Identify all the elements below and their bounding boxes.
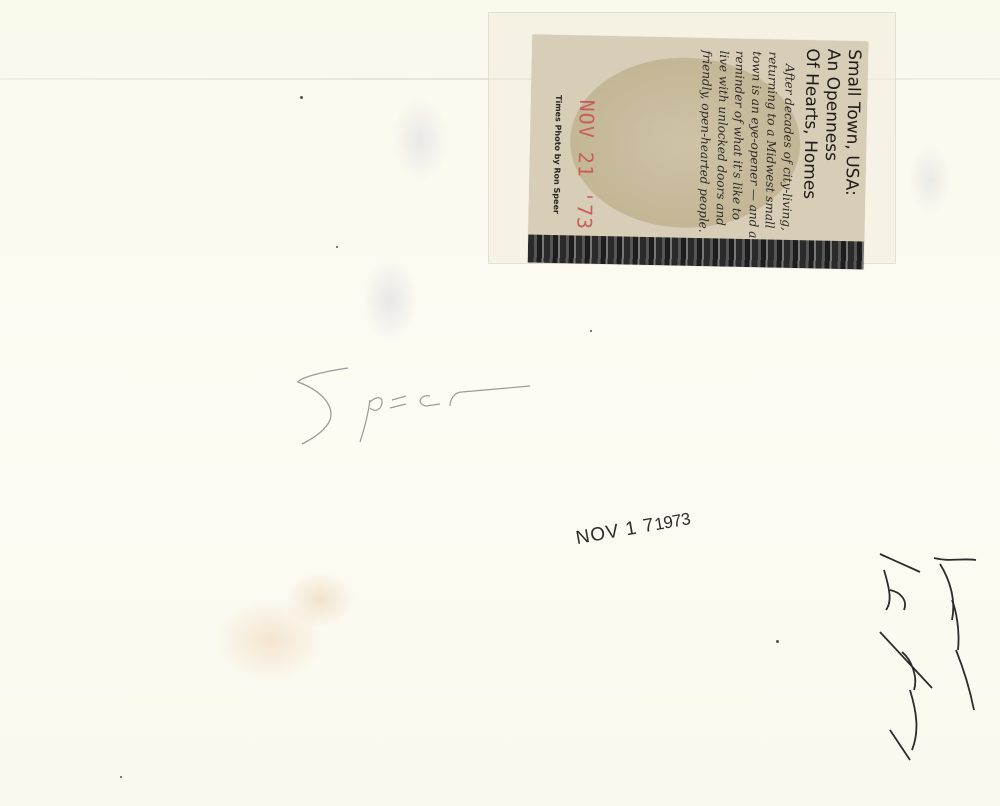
pencil-signature (290, 360, 540, 455)
headline-line-1: Small Town, USA: (839, 49, 864, 239)
clipping-date-stamp: NOV 21 '73 (572, 99, 599, 230)
newspaper-clipping: Small Town, USA: An Openness Of Hearts, … (528, 35, 869, 270)
headline-line-2: An Openness (818, 49, 843, 239)
clipping-rotated-content: Small Town, USA: An Openness Of Hearts, … (534, 35, 868, 242)
headline-line-3: Of Hearts, Homes (797, 48, 822, 238)
clipping-body: After decades of city-living, returning … (695, 50, 798, 242)
stamp-day: 1 7 (624, 514, 657, 540)
handwritten-location-note (860, 540, 1000, 785)
stamp-year: 1973 (653, 509, 692, 534)
photo-credit: Times Photo by Ron Speer (552, 95, 563, 214)
clipping-headline: Small Town, USA: An Openness Of Hearts, … (797, 48, 864, 239)
